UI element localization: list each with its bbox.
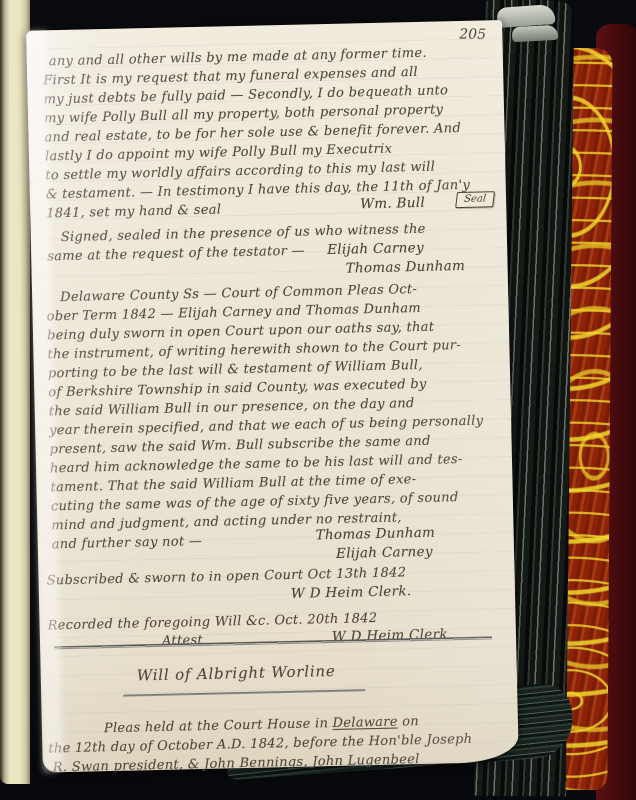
text-line: and further say not —: [52, 532, 203, 554]
witness-signature: Elijah Carney: [327, 239, 424, 260]
text-line: 1841, set my hand & seal: [46, 200, 221, 223]
court-line-post: on: [398, 714, 420, 729]
page-corner-curl: [512, 25, 559, 42]
clerk-signature: W D Heim Clerk: [332, 625, 448, 647]
page-number: 205: [459, 26, 486, 42]
witness-signature: Thomas Dunham: [345, 257, 465, 279]
record-page: 205 any and all other wills by me made a…: [26, 20, 519, 773]
deponent-signature: Elijah Carney: [336, 543, 433, 564]
attest-label: Attest: [162, 631, 203, 651]
photographed-record-book: 205 any and all other wills by me made a…: [0, 0, 636, 800]
clerk-signature: W D Heim Clerk.: [291, 582, 412, 604]
court-line-place: Delaware: [332, 715, 398, 731]
facing-page-edge: [0, 0, 30, 784]
seal-mark: Seal: [455, 191, 495, 208]
testator-signature: Wm. Bull: [360, 194, 425, 214]
